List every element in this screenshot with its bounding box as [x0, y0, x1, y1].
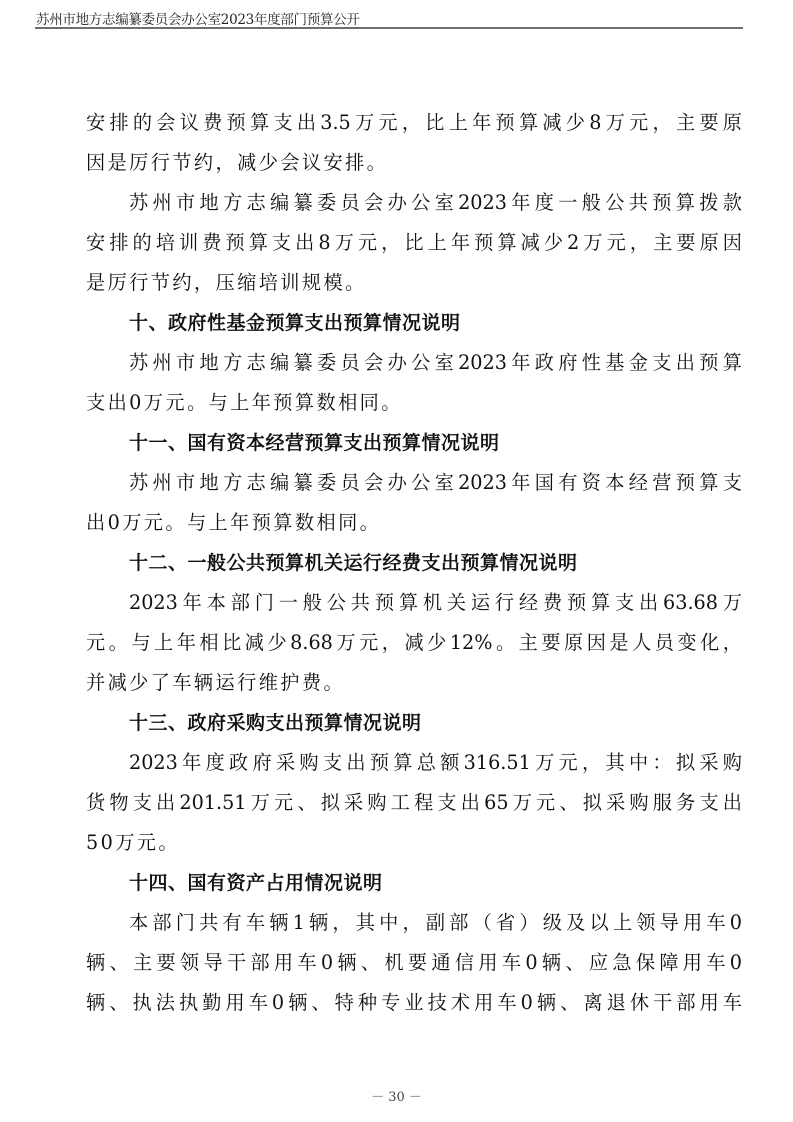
header-divider [35, 27, 743, 29]
document-body: 安排的会议费预算支出3.5万元，比上年预算减少8万元，主要原 因是厉行节约，减少… [86, 103, 742, 1023]
text-line: 2023年本部门一般公共预算机关运行经费预算支出63.68万 [86, 583, 742, 623]
text-line: 支出0万元。与上年预算数相同。 [86, 383, 742, 423]
text-line: 出0万元。与上年预算数相同。 [86, 503, 742, 543]
text-line: 并减少了车辆运行维护费。 [86, 663, 742, 703]
text-line: 2023年度政府采购支出预算总额316.51万元，其中：拟采购 [86, 743, 742, 783]
text-line: 安排的培训费预算支出8万元，比上年预算减少2万元，主要原因 [86, 223, 742, 263]
text-line: 是厉行节约，压缩培训规模。 [86, 263, 742, 303]
section-heading: 十二、一般公共预算机关运行经费支出预算情况说明 [86, 543, 742, 583]
section-heading: 十三、政府采购支出预算情况说明 [86, 703, 742, 743]
text-line: 货物支出201.51万元、拟采购工程支出65万元、拟采购服务支出 [86, 783, 742, 823]
text-line: 因是厉行节约，减少会议安排。 [86, 143, 742, 183]
section-heading: 十一、国有资本经营预算支出预算情况说明 [86, 423, 742, 463]
text-line: 苏州市地方志编纂委员会办公室2023年度一般公共预算拨款 [86, 183, 742, 223]
text-line: 辆、执法执勤用车0辆、特种专业技术用车0辆、离退休干部用车 [86, 983, 742, 1023]
text-line: 辆、主要领导干部用车0辆、机要通信用车0辆、应急保障用车0 [86, 943, 742, 983]
section-heading: 十四、国有资产占用情况说明 [86, 863, 742, 903]
running-header: 苏州市地方志编纂委员会办公室2023年度部门预算公开 [36, 8, 744, 28]
text-line: 安排的会议费预算支出3.5万元，比上年预算减少8万元，主要原 [86, 103, 742, 143]
text-line: 苏州市地方志编纂委员会办公室2023年政府性基金支出预算 [86, 343, 742, 383]
page-number: － 30 － [0, 1086, 793, 1105]
text-line: 元。与上年相比减少8.68万元，减少12%。主要原因是人员变化， [86, 623, 742, 663]
text-line: 苏州市地方志编纂委员会办公室2023年国有资本经营预算支 [86, 463, 742, 503]
text-line: 50万元。 [86, 823, 742, 863]
text-line: 本部门共有车辆1辆，其中，副部（省）级及以上领导用车0 [86, 903, 742, 943]
section-heading: 十、政府性基金预算支出预算情况说明 [86, 303, 742, 343]
